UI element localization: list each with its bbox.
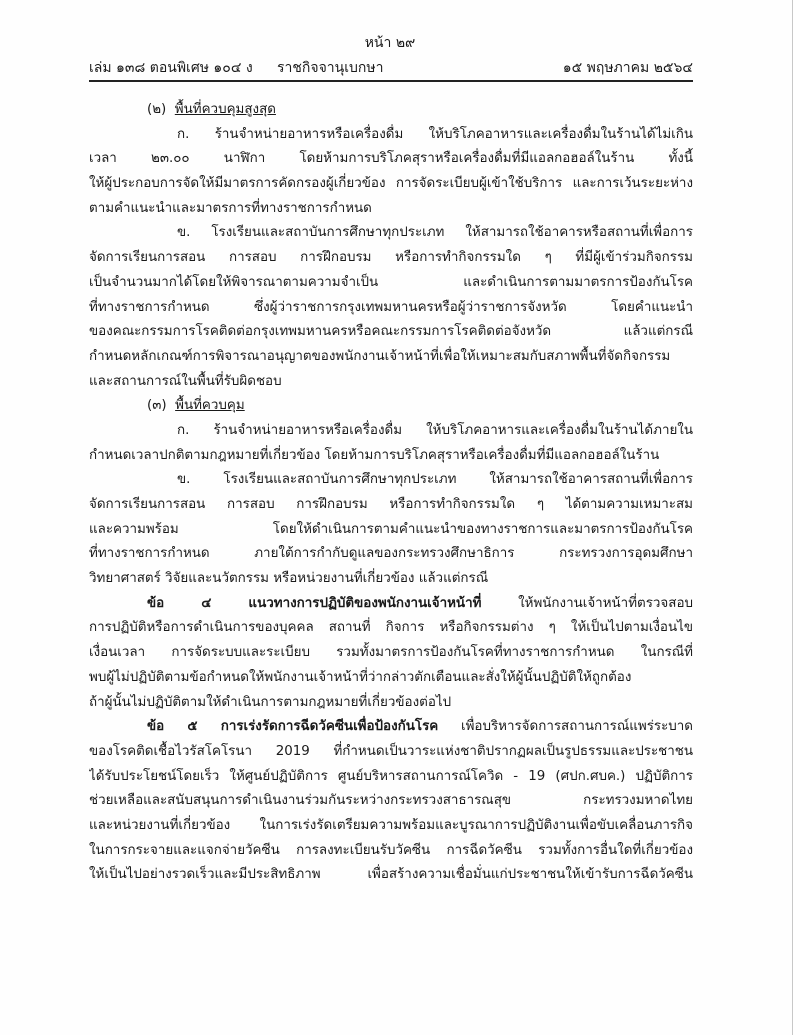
header-rule bbox=[89, 80, 693, 82]
paragraph-line: จัดการเรียนการสอน การสอบ การฝึกอบรม หรือ… bbox=[89, 246, 693, 271]
paragraph-line: ในการกระจายและแจกจ่ายวัคซีน การลงทะเบียน… bbox=[89, 839, 693, 864]
section-title: พื้นที่ควบคุมสูงสุด bbox=[175, 102, 276, 117]
paragraph-line: การปฏิบัติหรือการดำเนินการของบุคคล สถานท… bbox=[89, 616, 693, 641]
page-number: หน้า ๒๙ bbox=[0, 32, 780, 54]
paragraph-line: ข. โรงเรียนและสถาบันการศึกษาทุกประเภท ให… bbox=[89, 468, 693, 493]
paragraph-line: กำหนดหลักเกณฑ์การพิจารณาอนุญาตของพนักงาน… bbox=[89, 345, 693, 370]
gazette-title: ราชกิจจานุเบกษา bbox=[277, 57, 383, 79]
clause-4-heading-line: ข้อ ๔ แนวทางการปฏิบัติของพนักงานเจ้าหน้า… bbox=[89, 592, 693, 617]
paragraph-line: และสถานการณ์ในพื้นที่รับผิดชอบ bbox=[89, 370, 693, 395]
paragraph-line: ของคณะกรรมการโรคติดต่อกรุงเทพมหานครหรือค… bbox=[89, 320, 693, 345]
section-title: พื้นที่ควบคุม bbox=[175, 398, 245, 413]
section-heading-3: (๓) พื้นที่ควบคุม bbox=[89, 394, 693, 419]
paragraph-line: ให้เป็นไปอย่างรวดเร็วและมีประสิทธิภาพ เพ… bbox=[89, 863, 693, 888]
volume-issue: เล่ม ๑๓๘ ตอนพิเศษ ๑๐๔ ง bbox=[89, 57, 253, 79]
clause-title: ข้อ ๔ แนวทางการปฏิบัติของพนักงานเจ้าหน้า… bbox=[147, 596, 481, 611]
paragraph-line: เงื่อนเวลา การจัดระบบและระเบียบ รวมทั้งม… bbox=[89, 641, 693, 666]
paragraph-line: วิทยาศาสตร์ วิจัยและนวัตกรรม หรือหน่วยงา… bbox=[89, 567, 693, 592]
publication-date: ๑๕ พฤษภาคม ๒๕๖๔ bbox=[563, 57, 693, 79]
paragraph-line: และหน่วยงานที่เกี่ยวข้อง ในการเร่งรัดเตร… bbox=[89, 814, 693, 839]
paragraph-line: ตามคำแนะนำและมาตรการที่ทางราชการกำหนด bbox=[89, 197, 693, 222]
paragraph-line: ถ้าผู้นั้นไม่ปฏิบัติตามให้ดำเนินการตามกฎ… bbox=[89, 691, 693, 716]
paragraph-line: กำหนดเวลาปกติตามกฎหมายที่เกี่ยวข้อง โดยห… bbox=[89, 444, 693, 469]
clause-5-heading-line: ข้อ ๕ การเร่งรัดการฉีดวัคซีนเพื่อป้องกัน… bbox=[89, 715, 693, 740]
paragraph-line: เป็นจำนวนมากได้โดยให้พิจารณาตามความจำเป็… bbox=[89, 271, 693, 296]
paragraph-line: ก. ร้านจำหน่ายอาหารหรือเครื่องดื่ม ให้บร… bbox=[89, 123, 693, 148]
clause-title: ข้อ ๕ การเร่งรัดการฉีดวัคซีนเพื่อป้องกัน… bbox=[147, 719, 438, 734]
paragraph-line: ของโรคติดเชื้อไวรัสโคโรนา 2019 ที่กำหนดเ… bbox=[89, 740, 693, 765]
paragraph-line: ช่วยเหลือและสนับสนุนการดำเนินงานร่วมกันร… bbox=[89, 789, 693, 814]
paragraph-line: ที่ทางราชการกำหนด ซึ่งผู้ว่าราชการกรุงเท… bbox=[89, 296, 693, 321]
paragraph-line: ก. ร้านจำหน่ายอาหารหรือเครื่องดื่ม ให้บร… bbox=[89, 419, 693, 444]
paragraph-line: ข. โรงเรียนและสถาบันการศึกษาทุกประเภท ให… bbox=[89, 221, 693, 246]
paragraph-line: จัดการเรียนการสอน การสอบ การฝึกอบรม หรือ… bbox=[89, 493, 693, 518]
paragraph-line: ให้ผู้ประกอบการจัดให้มีมาตรการคัดกรองผู้… bbox=[89, 172, 693, 197]
gazette-page: หน้า ๒๙ เล่ม ๑๓๘ ตอนพิเศษ ๑๐๔ ง ราชกิจจา… bbox=[0, 0, 793, 1035]
paragraph-line: และความพร้อม โดยให้ดำเนินการตามคำแนะนำขอ… bbox=[89, 518, 693, 543]
running-header: เล่ม ๑๓๘ ตอนพิเศษ ๑๐๔ ง ราชกิจจานุเบกษา … bbox=[89, 57, 693, 79]
section-heading-2: (๒) พื้นที่ควบคุมสูงสุด bbox=[89, 98, 693, 123]
paragraph-line: พบผู้ไม่ปฏิบัติตามข้อกำหนดให้พนักงานเจ้า… bbox=[89, 666, 693, 691]
paragraph-line: ที่ทางราชการกำหนด ภายใต้การกำกับดูแลของก… bbox=[89, 542, 693, 567]
paragraph-line: ได้รับประโยชน์โดยเร็ว ให้ศูนย์ปฏิบัติการ… bbox=[89, 765, 693, 790]
paragraph-line: เวลา ๒๓.๐๐ นาฬิกา โดยห้ามการบริโภคสุราหร… bbox=[89, 147, 693, 172]
document-body: (๒) พื้นที่ควบคุมสูงสุด ก. ร้านจำหน่ายอา… bbox=[89, 98, 693, 888]
